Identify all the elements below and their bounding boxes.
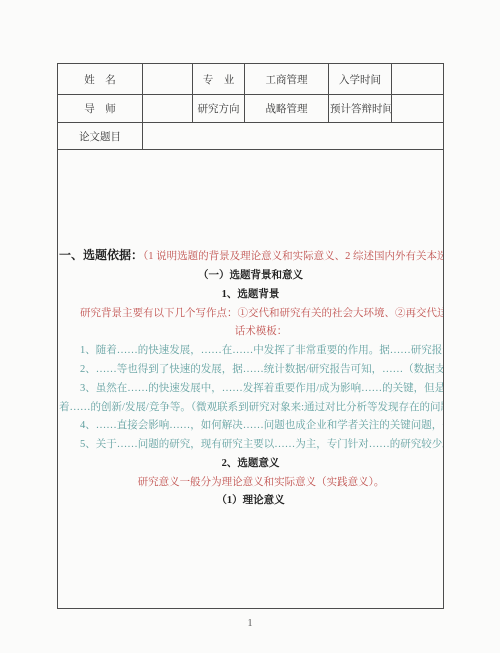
subsection-topic-background: 1、选题背景 <box>59 287 442 303</box>
thesis-title-label: 论文题目 <box>58 123 143 150</box>
supervisor-value <box>143 95 193 123</box>
background-writing-points: 研究背景主要有以下几个写作点：①交代和研究有关的社会大环境、②再交代这个行业的大… <box>59 306 442 322</box>
major-label: 专 业 <box>193 64 245 95</box>
table-row: 一、选题依据：（1 说明选题的背景及理论意义和实际意义、2 综述国内外有关本选题… <box>58 150 444 609</box>
template-item-3: 3、虽然在……的快速发展中，……发挥着重要作用/成为影响……的关键，但是也可以发… <box>59 381 442 397</box>
defense-time-label: 预计答辩时间 <box>329 95 392 123</box>
enrollment-time-label: 入学时间 <box>329 64 392 95</box>
section-heading: 一、选题依据：（1 说明选题的背景及理论意义和实际意义、2 综述国内外有关本选题… <box>59 246 442 266</box>
table-row: 导 师 研究方向 战略管理 预计答辩时间 <box>58 95 444 123</box>
subsection-topic-meaning: 2、选题意义 <box>59 456 442 472</box>
template-item-3-continued: 着……的创新/发展/竞争等。（微观联系到研究对象来:通过对比分析等发现存在的问题… <box>59 400 442 416</box>
name-label: 姓 名 <box>58 64 143 95</box>
supervisor-label: 导 师 <box>58 95 143 123</box>
research-direction-value: 战略管理 <box>245 95 329 123</box>
table-row: 姓 名 专 业 工商管理 入学时间 <box>58 64 444 95</box>
name-value <box>143 64 193 95</box>
info-table: 姓 名 专 业 工商管理 入学时间 导 师 研究方向 战略管理 预计答辩时间 论… <box>57 63 444 609</box>
template-item-1: 1、随着……的快速发展，……在……中发挥了非常重要的作用。据……研究报告/统计分… <box>59 343 442 359</box>
script-template-label: 话术模板： <box>59 324 442 340</box>
meaning-note: 研究意义一般分为理论意义和实际意义（实践意义）。 <box>59 475 442 491</box>
thesis-proposal-page: 姓 名 专 业 工商管理 入学时间 导 师 研究方向 战略管理 预计答辩时间 论… <box>57 63 443 629</box>
major-value: 工商管理 <box>245 64 329 95</box>
table-row: 论文题目 <box>58 123 444 150</box>
page-number: 1 <box>57 618 443 629</box>
topic-basis-content: 一、选题依据：（1 说明选题的背景及理论意义和实际意义、2 综述国内外有关本选题… <box>59 246 442 510</box>
section-heading-note: （1 说明选题的背景及理论意义和实际意义、2 综述国内外有关本选题的研究现状） <box>143 251 443 262</box>
thesis-title-value <box>143 123 444 150</box>
subsection-theoretical-meaning: （1）理论意义 <box>59 493 442 509</box>
section-heading-bold: 一、选题依据： <box>59 248 143 262</box>
template-item-4: 4、……直接会影响……，如何解决……问题也成企业和学者关注的关键问题，也是本文研… <box>59 418 442 434</box>
topic-basis-cell: 一、选题依据：（1 说明选题的背景及理论意义和实际意义、2 综述国内外有关本选题… <box>58 150 444 609</box>
defense-time-value <box>392 95 444 123</box>
subsection-background-and-meaning: （一）选题背景和意义 <box>59 268 442 284</box>
research-direction-label: 研究方向 <box>193 95 245 123</box>
template-item-5: 5、关于……问题的研究，现有研究主要以……为主，专门针对……的研究较少。因此本文… <box>59 437 442 453</box>
enrollment-time-value <box>392 64 444 95</box>
template-item-2: 2、……等也得到了快速的发展，据……统计数据/研究报告可知，……（数据支撑），（… <box>59 362 442 378</box>
